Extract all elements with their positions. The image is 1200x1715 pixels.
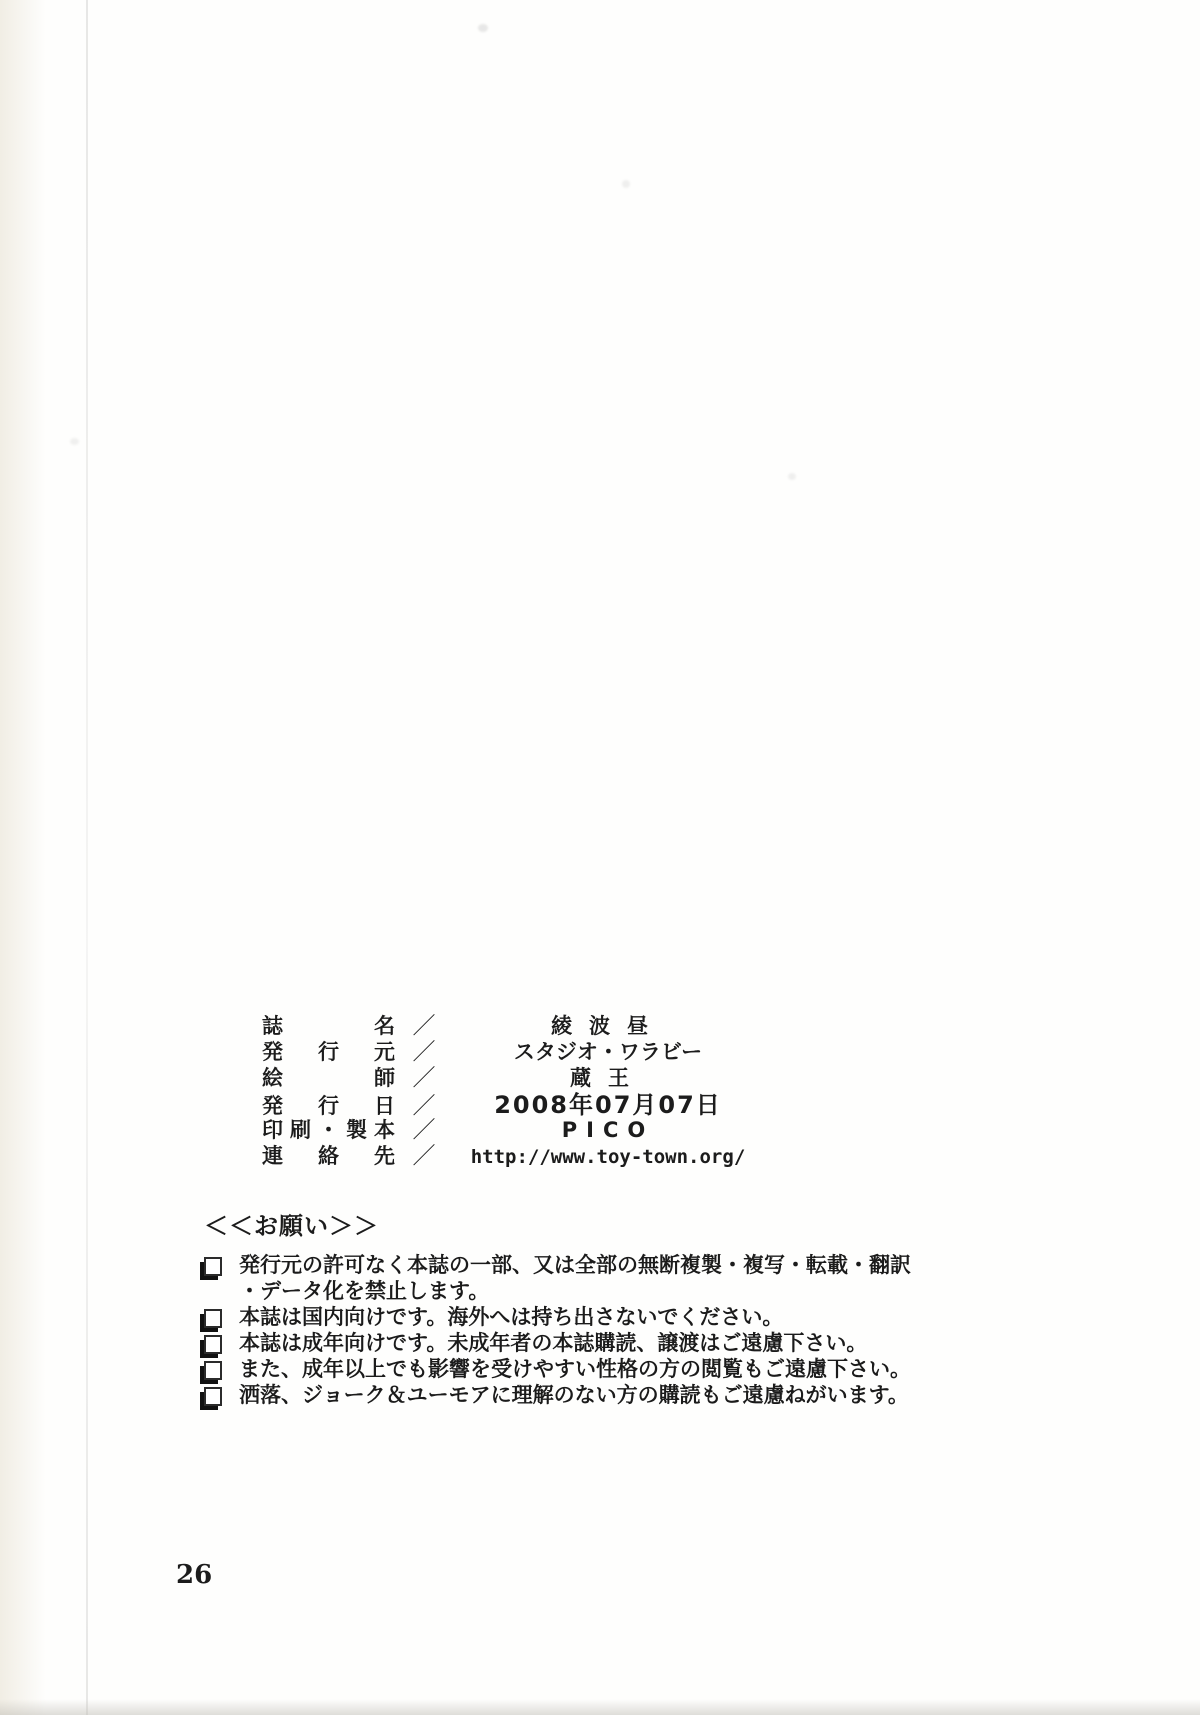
scanned-page: 誌名 ／ 綾波昼 発行元 ／ スタジオ・ワラビー 絵師 ／ 蔵王 発行日 ／ 2… [0, 0, 1200, 1715]
notice-line: 洒落、ジョーク＆ユーモアに理解のない方の購読もご遠慮ねがいます。 [239, 1382, 909, 1408]
colophon-label: 連絡先 [262, 1140, 395, 1170]
colophon-value-printer: PICO [453, 1118, 763, 1142]
colophon-row-publisher: 発行元 ／ スタジオ・ワラビー [262, 1033, 763, 1059]
notice-list: 発行元の許可なく本誌の一部、又は全部の無断複製・複写・転載・翻訳 ・データ化を禁… [204, 1252, 911, 1408]
notice-item: また、成年以上でも影響を受けやすい性格の方の閲覧もご遠慮下さい。 [204, 1356, 911, 1382]
notice-line: 本誌は成年向けです。未成年者の本誌購読、譲渡はご遠慮下さい。 [239, 1330, 867, 1356]
notice-line: 本誌は国内向けです。海外へは持ち出さないでください。 [239, 1304, 783, 1330]
checkbox-icon [204, 1361, 222, 1380]
notice-text: 洒落、ジョーク＆ユーモアに理解のない方の購読もご遠慮ねがいます。 [239, 1382, 909, 1408]
notice-item: 洒落、ジョーク＆ユーモアに理解のない方の購読もご遠慮ねがいます。 [204, 1382, 911, 1408]
checkbox-icon [204, 1387, 222, 1406]
colophon-slash: ／ [395, 1137, 453, 1170]
checkbox-icon [204, 1309, 222, 1328]
notice-item: 本誌は成年向けです。未成年者の本誌購読、譲渡はご遠慮下さい。 [204, 1330, 911, 1356]
notice-text: また、成年以上でも影響を受けやすい性格の方の閲覧もご遠慮下さい。 [239, 1356, 911, 1382]
notice-item: 発行元の許可なく本誌の一部、又は全部の無断複製・複写・転載・翻訳 ・データ化を禁… [204, 1252, 911, 1304]
notice-text: 発行元の許可なく本誌の一部、又は全部の無断複製・複写・転載・翻訳 ・データ化を禁… [239, 1252, 911, 1304]
notice-line: ・データ化を禁止します。 [239, 1278, 911, 1304]
colophon-row-title: 誌名 ／ 綾波昼 [262, 1007, 763, 1033]
scan-speck [70, 438, 79, 445]
colophon: 誌名 ／ 綾波昼 発行元 ／ スタジオ・ワラビー 絵師 ／ 蔵王 発行日 ／ 2… [262, 1007, 763, 1163]
notice-item: 本誌は国内向けです。海外へは持ち出さないでください。 [204, 1304, 911, 1330]
notice-heading: ＜＜お願い＞＞ [204, 1206, 379, 1241]
page-crease-line [86, 0, 88, 1715]
scan-speck [622, 180, 630, 188]
checkbox-icon [204, 1257, 222, 1276]
scan-speck [478, 24, 488, 32]
page-number: 26 [176, 1560, 212, 1590]
notice-line: 発行元の許可なく本誌の一部、又は全部の無断複製・複写・転載・翻訳 [239, 1252, 911, 1278]
notice-line: また、成年以上でも影響を受けやすい性格の方の閲覧もご遠慮下さい。 [239, 1356, 911, 1382]
scan-speck [788, 473, 796, 480]
left-edge-shading [0, 0, 46, 1715]
colophon-value-date: 2008年07月07日 [453, 1085, 763, 1120]
colophon-row-artist: 絵師 ／ 蔵王 [262, 1059, 763, 1085]
bottom-edge-shading [0, 1699, 1200, 1715]
colophon-value-contact-url: http://www.toy-town.org/ [453, 1146, 763, 1168]
notice-text: 本誌は成年向けです。未成年者の本誌購読、譲渡はご遠慮下さい。 [239, 1330, 867, 1356]
colophon-label: 絵師 [262, 1062, 395, 1092]
notice-text: 本誌は国内向けです。海外へは持ち出さないでください。 [239, 1304, 783, 1330]
checkbox-icon [204, 1335, 222, 1354]
